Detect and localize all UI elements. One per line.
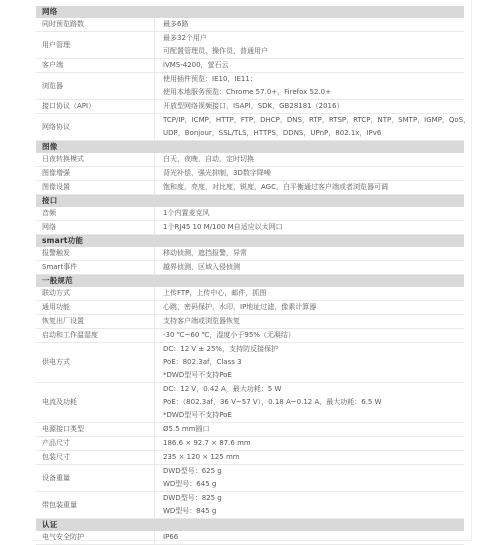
spec-row: 电流及功耗DC：12 V，0.42 A，最大功耗：5 WPoE：（802.3af…	[36, 383, 464, 423]
section-header: 一般规范	[36, 275, 464, 287]
spec-value-line: Ø5.5 mm圆口	[163, 423, 461, 436]
spec-value-line: DC：12 V ± 25%，支持防反接保护	[163, 343, 461, 356]
spec-value-line: 移动侦测，遮挡报警，异常	[163, 247, 461, 260]
spec-value-line: DWD型号：825 g	[163, 492, 461, 505]
spec-row: 联动方式上传FTP，上传中心，邮件，抓图	[36, 287, 464, 301]
spec-value: 235 × 120 × 125 mm	[155, 451, 464, 464]
spec-value: DC：12 V，0.42 A，最大功耗：5 WPoE：（802.3af，36 V…	[155, 383, 464, 422]
spec-label: 同时预览路数	[36, 18, 155, 31]
spec-value: 支持客户端或浏览器恢复	[155, 315, 464, 328]
spec-value: 越界侦测，区域入侵侦测	[155, 261, 464, 274]
spec-value: 饱和度，亮度，对比度，锐度，AGC，白平衡通过客户端或者浏览器可调	[155, 181, 464, 194]
spec-label: 电气安全防护	[36, 531, 155, 544]
spec-label: 日夜转换模式	[36, 153, 155, 166]
spec-label: 图像设置	[36, 181, 155, 194]
spec-value: 最多6路	[155, 18, 464, 31]
spec-label: 报警触发	[36, 247, 155, 260]
spec-value-line: PoE：802.3af，Class 3	[163, 356, 461, 369]
spec-value: DWD型号：825 gWD型号：845 g	[155, 492, 464, 518]
spec-row: 电源接口类型Ø5.5 mm圆口	[36, 423, 464, 437]
spec-value-line: 使用本地服务预览：Chrome 57.0+，Firefox 52.0+	[163, 86, 461, 99]
spec-value: 开放型网络视频接口，ISAPI，SDK，GB28181（2016）	[155, 100, 464, 113]
spec-value: 使用插件预览：IE10，IE11；使用本地服务预览：Chrome 57.0+，F…	[155, 73, 464, 99]
spec-value: 1个内置麦克风	[155, 207, 464, 220]
container-bottom-border	[33, 540, 471, 541]
spec-value: 白天，夜晚，自动，定时切换	[155, 153, 464, 166]
spec-value-line: 上传FTP，上传中心，邮件，抓图	[163, 287, 461, 300]
spec-value: IP66	[155, 531, 464, 544]
spec-label: 浏览器	[36, 73, 155, 99]
section-header: 认证	[36, 519, 464, 531]
spec-value-line: 1个内置麦克风	[163, 207, 461, 220]
spec-label: 设备重量	[36, 465, 155, 491]
spec-label: 产品尺寸	[36, 437, 155, 450]
spec-value-line: 白天，夜晚，自动，定时切换	[163, 153, 461, 166]
spec-value-line: 越界侦测，区域入侵侦测	[163, 261, 461, 274]
spec-value-line: 最多6路	[163, 18, 461, 31]
spec-label: 客户端	[36, 59, 155, 72]
container-right-border	[471, 0, 472, 540]
spec-row: 日夜转换模式白天，夜晚，自动，定时切换	[36, 153, 464, 167]
spec-value-line: 最多32个用户	[163, 32, 461, 45]
spec-row: 电气安全防护IP66	[36, 531, 464, 545]
spec-value-line: WD型号：645 g	[163, 478, 461, 491]
spec-value: 心跳，密码保护，水印，IP地址过滤，像素计算器	[155, 301, 464, 314]
spec-label: Smart事件	[36, 261, 155, 274]
spec-value: 移动侦测，遮挡报警，异常	[155, 247, 464, 260]
spec-row: 客户端iVMS-4200，萤石云	[36, 59, 464, 73]
spec-label: 带包装重量	[36, 492, 155, 518]
spec-value: 最多32个用户可配置管理员、操作员、普通用户	[155, 32, 464, 58]
spec-value-line: 使用插件预览：IE10，IE11；	[163, 73, 461, 86]
spec-row: 供电方式DC：12 V ± 25%，支持防反接保护PoE：802.3af，Cla…	[36, 343, 464, 383]
spec-value-line: *DWD型号不支持PoE	[163, 369, 461, 382]
spec-row: 产品尺寸186.6 × 92.7 × 87.6 mm	[36, 437, 464, 451]
spec-label: 音频	[36, 207, 155, 220]
spec-value-line: -30 ℃~60 ℃，湿度小于95%（无凝结）	[163, 329, 461, 342]
spec-row: 接口协议（API）开放型网络视频接口，ISAPI，SDK，GB28181（201…	[36, 100, 464, 114]
spec-row: 音频1个内置麦克风	[36, 207, 464, 221]
spec-value: DC：12 V ± 25%，支持防反接保护PoE：802.3af，Class 3…	[155, 343, 464, 382]
spec-value: -30 ℃~60 ℃，湿度小于95%（无凝结）	[155, 329, 464, 342]
spec-value-line: WD型号：845 g	[163, 505, 461, 518]
spec-value-line: 235 × 120 × 125 mm	[163, 451, 461, 464]
spec-value-line: DC：12 V，0.42 A，最大功耗：5 W	[163, 383, 461, 396]
spec-value-line: 心跳，密码保护，水印，IP地址过滤，像素计算器	[163, 301, 461, 314]
spec-label: 接口协议（API）	[36, 100, 155, 113]
spec-label: 恢复出厂设置	[36, 315, 155, 328]
spec-label: 启动和工作温湿度	[36, 329, 155, 342]
spec-row: 启动和工作温湿度-30 ℃~60 ℃，湿度小于95%（无凝结）	[36, 329, 464, 343]
section-header: 网络	[36, 6, 464, 18]
spec-label: 电源接口类型	[36, 423, 155, 436]
spec-row: 带包装重量DWD型号：825 gWD型号：845 g	[36, 492, 464, 519]
section-header: 图像	[36, 141, 464, 153]
spec-table: 网络同时预览路数最多6路用户管理最多32个用户可配置管理员、操作员、普通用户客户…	[36, 6, 464, 545]
spec-value-line: IP66	[163, 531, 461, 544]
spec-value-line: 饱和度，亮度，对比度，锐度，AGC，白平衡通过客户端或者浏览器可调	[163, 181, 461, 194]
spec-row: 图像设置饱和度，亮度，对比度，锐度，AGC，白平衡通过客户端或者浏览器可调	[36, 181, 464, 195]
section-header: smart功能	[36, 235, 464, 247]
spec-label: 包装尺寸	[36, 451, 155, 464]
spec-value: 186.6 × 92.7 × 87.6 mm	[155, 437, 464, 450]
spec-value: Ø5.5 mm圆口	[155, 423, 464, 436]
spec-row: 浏览器使用插件预览：IE10，IE11；使用本地服务预览：Chrome 57.0…	[36, 73, 464, 100]
spec-row: Smart事件越界侦测，区域入侵侦测	[36, 261, 464, 275]
spec-value-line: iVMS-4200，萤石云	[163, 59, 461, 72]
spec-value: TCP/IP，ICMP，HTTP，FTP，DHCP，DNS，RTP，RTSP，R…	[155, 114, 473, 140]
spec-row: 恢复出厂设置支持客户端或浏览器恢复	[36, 315, 464, 329]
spec-label: 联动方式	[36, 287, 155, 300]
spec-page: 网络同时预览路数最多6路用户管理最多32个用户可配置管理员、操作员、普通用户客户…	[0, 0, 500, 545]
spec-value-line: PoE：（802.3af，36 V~57 V），0.18 A~0.12 A，最大…	[163, 396, 461, 409]
section-header: 接口	[36, 195, 464, 207]
spec-label: 网络	[36, 221, 155, 234]
spec-value: 背光补偿，强光抑制，3D数字降噪	[155, 167, 464, 180]
spec-row: 图像增强背光补偿，强光抑制，3D数字降噪	[36, 167, 464, 181]
spec-row: 设备重量DWD型号：625 gWD型号：645 g	[36, 465, 464, 492]
spec-value: DWD型号：625 gWD型号：645 g	[155, 465, 464, 491]
spec-label: 通用功能	[36, 301, 155, 314]
spec-label: 用户管理	[36, 32, 155, 58]
spec-value-line: 186.6 × 92.7 × 87.6 mm	[163, 437, 461, 450]
spec-value: 上传FTP，上传中心，邮件，抓图	[155, 287, 464, 300]
spec-label: 供电方式	[36, 343, 155, 382]
spec-label: 网络协议	[36, 114, 155, 140]
spec-row: 报警触发移动侦测，遮挡报警，异常	[36, 247, 464, 261]
spec-value-line: 1个RJ45 10 M/100 M自适应以太网口	[163, 221, 461, 234]
spec-row: 网络协议TCP/IP，ICMP，HTTP，FTP，DHCP，DNS，RTP，RT…	[36, 114, 464, 141]
spec-row: 同时预览路数最多6路	[36, 18, 464, 32]
spec-value-line: *DWD型号不支持PoE	[163, 409, 461, 422]
spec-value: 1个RJ45 10 M/100 M自适应以太网口	[155, 221, 464, 234]
spec-value-line: 开放型网络视频接口，ISAPI，SDK，GB28181（2016）	[163, 100, 461, 113]
spec-value-line: TCP/IP，ICMP，HTTP，FTP，DHCP，DNS，RTP，RTSP，R…	[163, 114, 470, 127]
spec-value: iVMS-4200，萤石云	[155, 59, 464, 72]
spec-row: 用户管理最多32个用户可配置管理员、操作员、普通用户	[36, 32, 464, 59]
spec-row: 包装尺寸235 × 120 × 125 mm	[36, 451, 464, 465]
spec-value-line: DWD型号：625 g	[163, 465, 461, 478]
spec-value-line: UDP，Bonjour，SSL/TLS，HTTPS，DDNS，UPnP，802.…	[163, 127, 470, 140]
spec-row: 网络1个RJ45 10 M/100 M自适应以太网口	[36, 221, 464, 235]
spec-value-line: 支持客户端或浏览器恢复	[163, 315, 461, 328]
spec-value-line: 可配置管理员、操作员、普通用户	[163, 45, 461, 58]
spec-label: 图像增强	[36, 167, 155, 180]
spec-label: 电流及功耗	[36, 383, 155, 422]
spec-row: 通用功能心跳，密码保护，水印，IP地址过滤，像素计算器	[36, 301, 464, 315]
spec-value-line: 背光补偿，强光抑制，3D数字降噪	[163, 167, 461, 180]
